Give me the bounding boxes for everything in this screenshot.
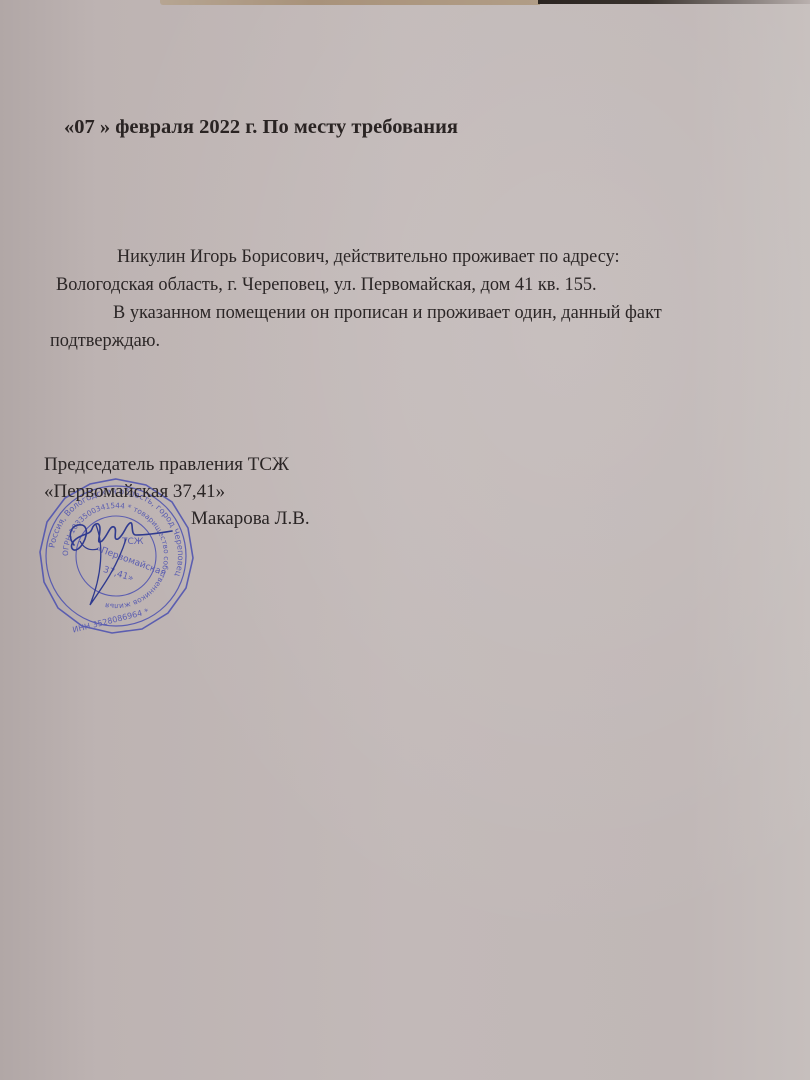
desk-edge (160, 0, 540, 5)
signer-name: Макарова Л.В. (191, 508, 310, 530)
organization-name: «Первомайская 37,41» (44, 481, 225, 503)
body-line-4: подтверждаю. (50, 330, 160, 352)
document-date-header: «07 » февраля 2022 г. По месту требовани… (64, 116, 458, 139)
dark-edge (538, 0, 810, 4)
body-line-1: Никулин Игорь Борисович, действительно п… (117, 246, 620, 268)
handwritten-signature (60, 505, 180, 615)
body-line-3: В указанном помещении он прописан и прож… (113, 302, 662, 324)
body-line-2: Вологодская область, г. Череповец, ул. П… (56, 274, 597, 296)
signer-title: Председатель правления ТСЖ (44, 454, 289, 476)
